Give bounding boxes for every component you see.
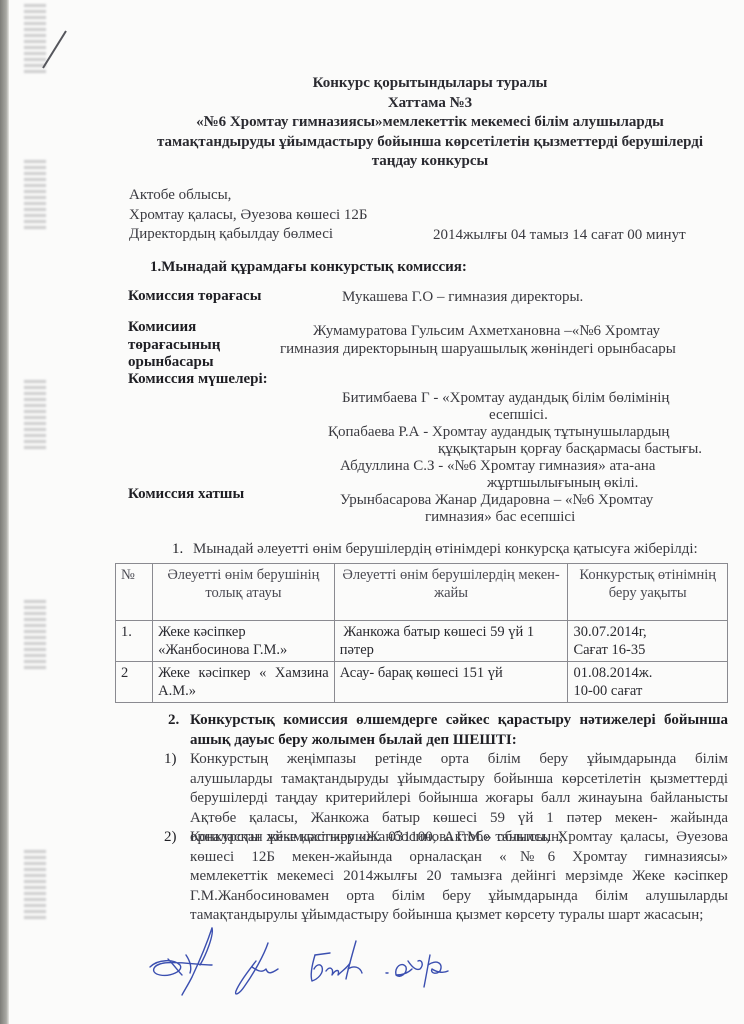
decision-item-line: Конкурстың жеңімпазы ретінде орта білім …: [190, 750, 728, 770]
cell-line: 30.07.2014г,: [573, 623, 722, 641]
chair-label: Комиссия төрағасы: [128, 287, 261, 307]
title-line: таңдау конкурсы: [140, 152, 720, 172]
cell-line: 01.08.2014ж.: [573, 664, 722, 682]
location-room: Директордың қабылдау бөлмесі: [129, 225, 333, 245]
decision-number: 2.: [168, 711, 179, 731]
title-line: Хаттама №3: [140, 94, 720, 114]
decision-item-number: 2): [164, 828, 177, 848]
title-line: тамақтандыруды ұйымдастыру бойынша көрсе…: [140, 133, 720, 153]
chair-value: Мукашева Г.О – гимназия директоры.: [342, 288, 583, 308]
applications-table: № Әлеуетті өнім берушінің толық атауы Әл…: [115, 563, 728, 703]
title-line: «№6 Хромтау гимназиясы»мемлекеттік мекем…: [140, 113, 720, 133]
cell-line: Жеке кәсіпкер: [158, 623, 329, 641]
deputy-value: гимназия директорының шаруашылық жөнінде…: [280, 340, 676, 360]
signatures: [140, 925, 450, 1000]
secretary-label: Комиссия хатшы: [128, 485, 244, 505]
binding-hole-mark: [24, 850, 46, 920]
decision-item-line: берушілерді таңдау критерийлері бойынша …: [190, 789, 728, 809]
signature-icon: [236, 943, 278, 994]
binding-hole-mark: [24, 160, 46, 230]
decision-item-line: алушыларды тамақтандыруды ұйымдастыру бо…: [190, 770, 728, 790]
signature-icon: [386, 955, 448, 987]
secretary-value: гимназия» бас есепшісі: [425, 508, 575, 528]
members-label: Комиссия мүшелері:: [128, 370, 268, 390]
cell-name: Жеке кәсіпкер « Хамзина А.М.»: [153, 662, 335, 703]
cell-line: 10-00 сағат: [573, 682, 722, 700]
cell-line: А.М.»: [158, 682, 329, 700]
decision-item-line: Г.М.Жанбосиновамен орта білім беру ұйымд…: [190, 887, 728, 907]
cell-line: Сағат 16-35: [573, 641, 722, 659]
cell-line: Асау- барақ көшесі 151 үй: [340, 664, 563, 682]
commission-heading: 1.Мынадай құрамдағы конкурстық комиссия:: [150, 258, 467, 278]
cell-line: пәтер: [340, 641, 563, 659]
decision-item-number: 1): [164, 750, 177, 770]
signature-icon: [150, 928, 212, 995]
table-header-row: № Әлеуетті өнім берушінің толық атауы Әл…: [116, 564, 728, 621]
meeting-datetime: 2014жылғы 04 тамыз 14 сағат 00 минут: [433, 226, 686, 246]
applications-heading: Мынадай әлеуетті өнім берушілердің өтіні…: [193, 540, 698, 560]
cell-submission-time: 01.08.2014ж. 10-00 сағат: [568, 662, 728, 703]
table-row: 1. Жеке кәсіпкер «Жанбосинова Г.М.» Жанк…: [116, 621, 728, 662]
signature-icon: [311, 941, 362, 981]
cell-address: Асау- барақ көшесі 151 үй: [334, 662, 568, 703]
deputy-label: Комисиия: [128, 318, 196, 338]
decision-heading-line: ашық дауыс беру жолымен былай деп ШЕШТІ:: [190, 731, 728, 751]
decision-item-line: Ақтөбе қаласы, Жанкожа батыр көшесі 59 ү…: [190, 809, 728, 829]
decision-heading-line: Конкурстық комиссия өлшемдерге сәйкес қа…: [190, 711, 728, 731]
decision-item-line: Конкурсты ұйымдастырушы: 031100, Актобе …: [190, 828, 728, 848]
pen-mark-icon: [40, 28, 70, 73]
applications-heading-number: 1.: [172, 540, 183, 560]
title-line: Конкурс қорытындылары туралы: [140, 74, 720, 94]
location-address: Хромтау қаласы, Әуезова көшесі 12Б: [129, 206, 368, 226]
document-title: Конкурс қорытындылары туралы Хаттама №3 …: [140, 74, 720, 172]
column-header-name: Әлеуетті өнім берушінің толық атауы: [153, 564, 335, 621]
column-header-address: Әлеуетті өнім берушілердің мекен-жайы: [334, 564, 568, 621]
cell-number: 2: [116, 662, 153, 703]
cell-name: Жеке кәсіпкер «Жанбосинова Г.М.»: [153, 621, 335, 662]
deputy-value: Жумамуратова Гульсим Ахметхановна –«№6 Х…: [313, 322, 660, 342]
cell-submission-time: 30.07.2014г, Сағат 16-35: [568, 621, 728, 662]
binding-hole-mark: [24, 600, 46, 670]
scan-border: [0, 0, 9, 1024]
column-header-submission-time: Конкурстық өтінімнің беру уақыты: [568, 564, 728, 621]
decision-item: Конкурсты ұйымдастырушы: 031100, Актобе …: [190, 828, 728, 926]
column-header-number: №: [116, 564, 153, 621]
decision-item-line: көшесі 12Б мекен-жайында орналасқан «№6 …: [190, 848, 728, 868]
binding-hole-mark: [24, 380, 46, 450]
cell-line: Жанкожа батыр көшесі 59 үй 1: [340, 623, 563, 641]
location-region: Актобе облысы,: [129, 186, 231, 206]
cell-address: Жанкожа батыр көшесі 59 үй 1 пәтер: [334, 621, 568, 662]
cell-line: «Жанбосинова Г.М.»: [158, 641, 329, 659]
decision-item-line: мемлекеттік мекемесі 2014жылғы 20 тамызғ…: [190, 867, 728, 887]
cell-line: Жеке кәсіпкер « Хамзина: [158, 664, 329, 682]
decision-item-line: тамақтандырулы ұйымдастыру бойынша қызме…: [190, 906, 728, 926]
decision-heading: Конкурстық комиссия өлшемдерге сәйкес қа…: [190, 711, 728, 750]
cell-number: 1.: [116, 621, 153, 662]
table-row: 2 Жеке кәсіпкер « Хамзина А.М.» Асау- ба…: [116, 662, 728, 703]
